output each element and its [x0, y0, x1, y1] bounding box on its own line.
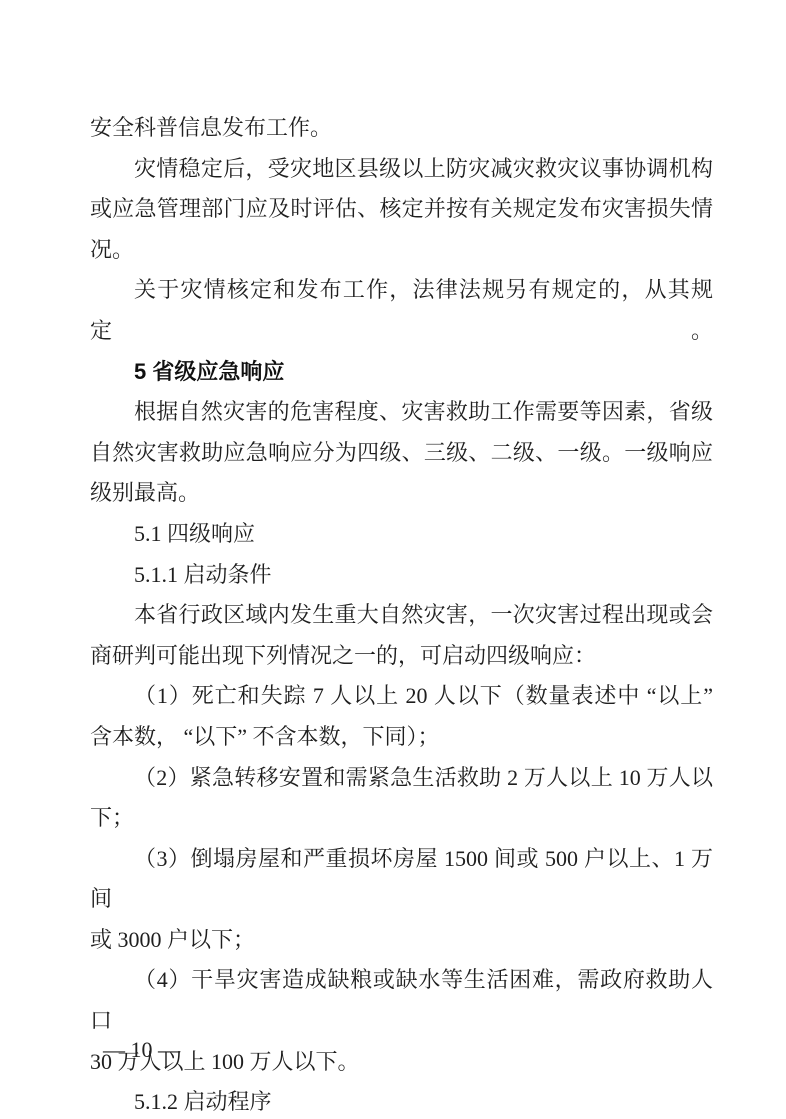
subheading-5-1-1: 5.1.1 启动条件 — [90, 555, 713, 596]
document-body: 安全科普信息发布工作。 灾情稳定后，受灾地区县级以上防灾减灾救灾议事协调机构 或… — [90, 108, 713, 1119]
body-line: 商研判可能出现下列情况之一的，可启动四级响应： — [90, 636, 713, 677]
body-line: 或应急管理部门应及时评估、核定并按有关规定发布灾害损失情 — [90, 189, 713, 230]
body-line: 本省行政区域内发生重大自然灾害，一次灾害过程出现或会 — [90, 595, 713, 636]
body-line: 况。 — [90, 230, 713, 271]
list-item-3-line: 或 3000 户以下； — [90, 920, 713, 961]
body-line: 安全科普信息发布工作。 — [90, 108, 713, 149]
page-number: — 10 — — [103, 1037, 180, 1063]
list-item-4-line: 30 万人以上 100 万人以下。 — [90, 1042, 713, 1083]
list-item-1-line: （1）死亡和失踪 7 人以上 20 人以下（数量表述中 “以上” — [90, 676, 713, 717]
list-item-1-line: 含本数， “以下” 不含本数，下同）； — [90, 717, 713, 758]
subheading-5-1-2: 5.1.2 启动程序 — [90, 1082, 713, 1119]
list-item-4-line: （4）干旱灾害造成缺粮或缺水等生活困难，需政府救助人口 — [90, 960, 713, 1041]
list-item-2-line: （2）紧急转移安置和需紧急生活救助 2 万人以上 10 万人以 — [90, 758, 713, 799]
list-item-2-line: 下； — [90, 798, 713, 839]
list-item-3-line: （3）倒塌房屋和严重损坏房屋 1500 间或 500 户以上、1 万间 — [90, 839, 713, 920]
body-line: 级别最高。 — [90, 473, 713, 514]
body-line: 根据自然灾害的危害程度、灾害救助工作需要等因素，省级 — [90, 392, 713, 433]
body-line: 关于灾情核定和发布工作，法律法规另有规定的，从其规定。 — [90, 270, 713, 351]
heading-section-5: 5 省级应急响应 — [90, 352, 713, 393]
body-line: 灾情稳定后，受灾地区县级以上防灾减灾救灾议事协调机构 — [90, 149, 713, 190]
body-line: 自然灾害救助应急响应分为四级、三级、二级、一级。一级响应 — [90, 433, 713, 474]
subheading-5-1: 5.1 四级响应 — [90, 514, 713, 555]
document-page: 安全科普信息发布工作。 灾情稳定后，受灾地区县级以上防灾减灾救灾议事协调机构 或… — [0, 0, 786, 1119]
